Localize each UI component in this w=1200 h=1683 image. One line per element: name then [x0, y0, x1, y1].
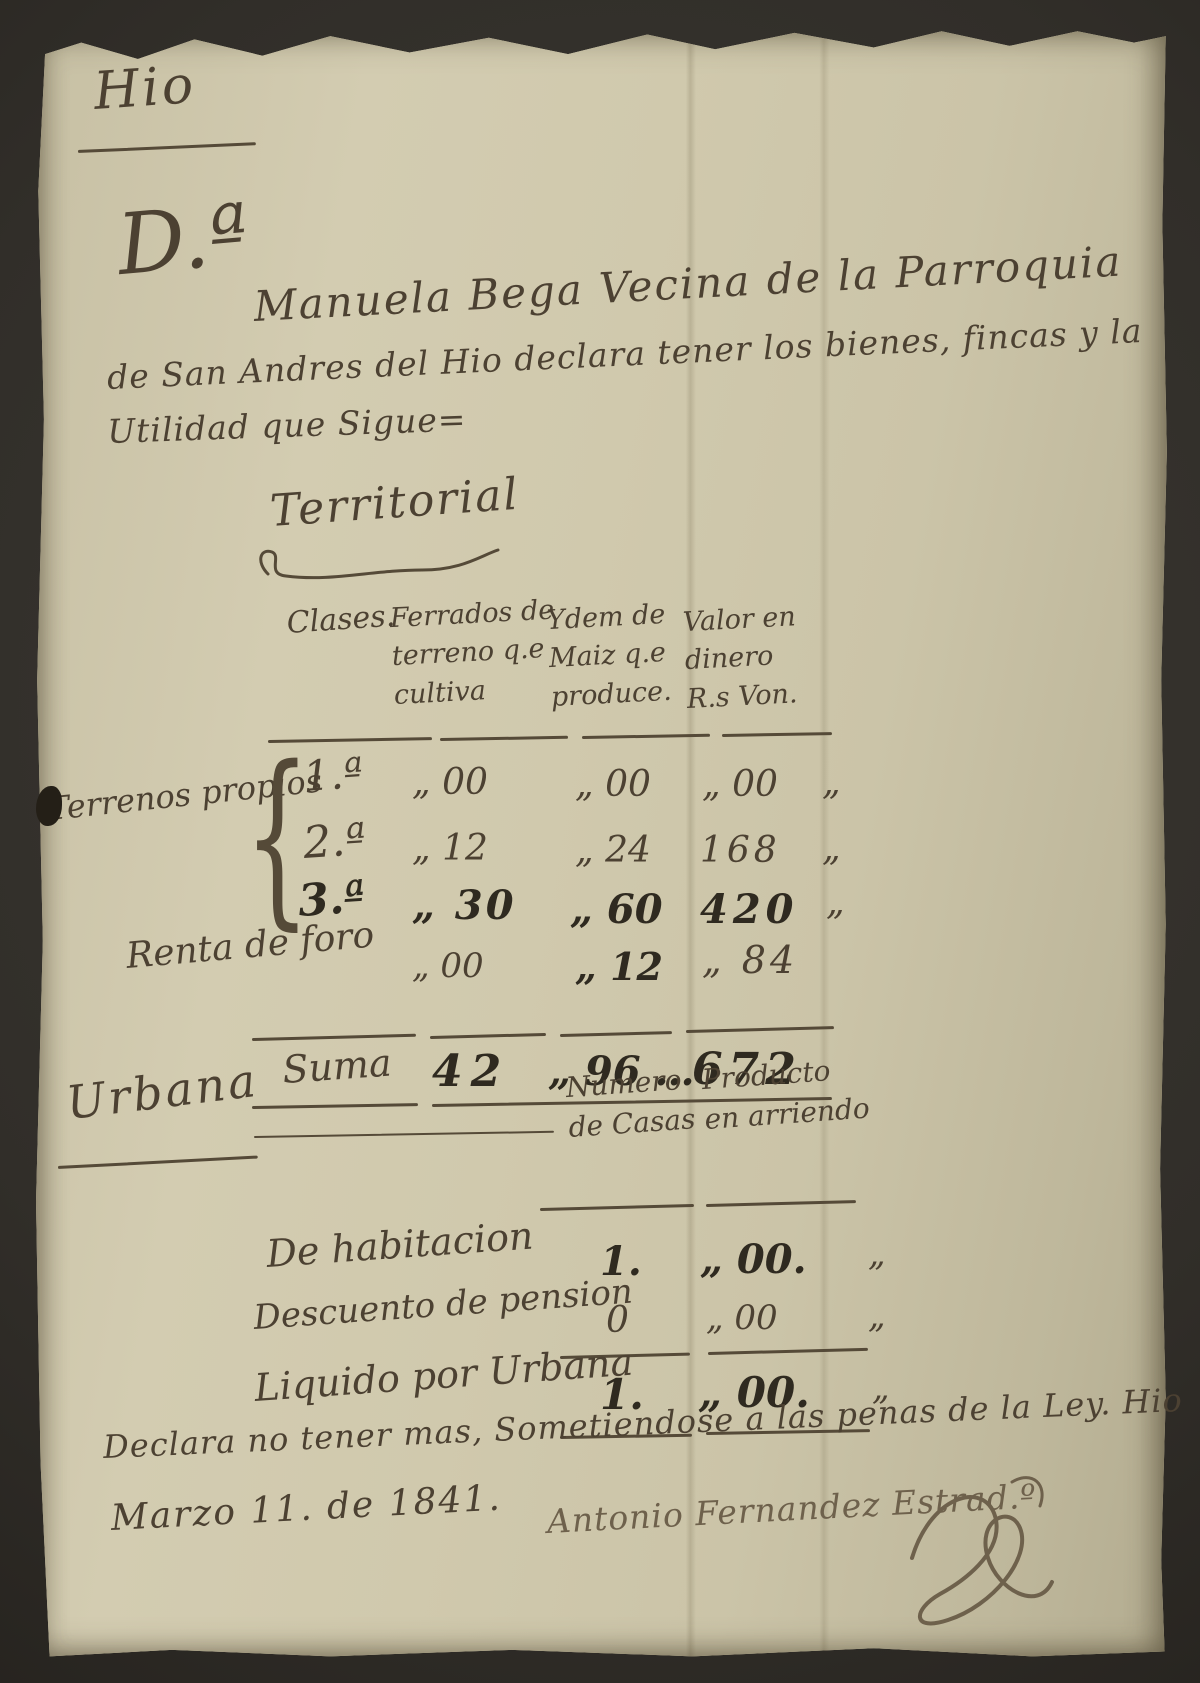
salutation-initial: D.ª — [113, 185, 252, 294]
row-maiz-2: „ 24 — [575, 830, 651, 871]
row-terreno-2: „ 12 — [412, 828, 488, 869]
row-valor-1: „ 00 — [702, 764, 778, 805]
urbana-col-header-casas: Numero de Casas — [564, 1059, 696, 1147]
row-clase-1: 1.ª — [302, 748, 365, 801]
scanned-document-background: Hio D.ª Manuela Bega Vecina de la Parroq… — [0, 0, 1200, 1683]
row-valor-3: 420 — [700, 886, 799, 933]
row-tail-2: „ — [822, 828, 841, 869]
row-tail-1: „ — [822, 762, 841, 803]
urbana-producto-1: „ 00. — [700, 1236, 807, 1283]
row-terreno-3: „ 30 — [412, 882, 517, 929]
urbana-col-header-producto: Producto en arriendo — [700, 1049, 870, 1140]
col-header-maiz: Ydem de Maiz q.e produce. — [546, 596, 673, 717]
row-valor-2: 168 — [700, 830, 781, 871]
row-clase-2: 2.ª — [301, 814, 367, 869]
territorial-underline-flourish — [252, 540, 512, 586]
urbana-producto-2: „ 00 — [706, 1298, 778, 1338]
signature-rubric-flourish — [892, 1462, 1062, 1652]
renta-terreno: „ 00 — [412, 946, 484, 986]
suma-label: Suma — [281, 1040, 393, 1092]
urbana-tail-1: „ — [868, 1234, 886, 1274]
suma-terreno: 42 — [432, 1046, 509, 1097]
row-terreno-1: „ 00 — [412, 762, 488, 803]
urbana-casas-2: 0 — [606, 1300, 629, 1341]
row-maiz-1: „ 00 — [575, 764, 651, 805]
folio-heading: Hio — [92, 55, 198, 122]
urbana-tail-2: „ — [868, 1296, 886, 1336]
col-header-valor: Valor en dinero R.s Von. — [682, 598, 801, 719]
row-maiz-3: „ 60 — [570, 886, 663, 933]
col-header-terreno: Ferrados de terreno q.e cultiva — [389, 592, 559, 715]
renta-maiz: „ 12 — [575, 944, 663, 989]
renta-valor: „ 84 — [702, 938, 798, 982]
row-tail-3: „ — [826, 882, 845, 923]
